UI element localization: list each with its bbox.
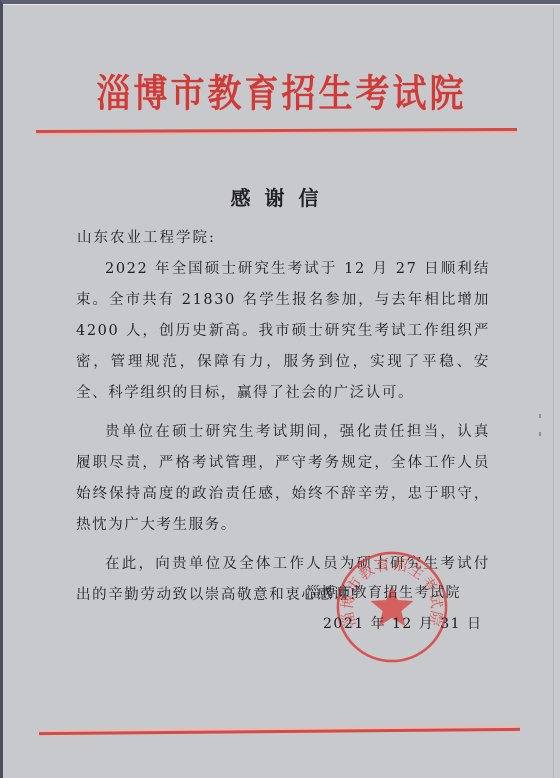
- signature-date: 2021 年 12 月 31 日: [323, 613, 483, 633]
- body-paragraph: 2022 年全国硕士研究生考试于 12 月 27 日顺利结束。全市共有 2183…: [76, 254, 490, 409]
- official-seal-icon: 淄博市教育招生考试院: [333, 548, 451, 666]
- scan-mark: [539, 414, 541, 418]
- signature-organization: 淄博市教育招生考试院: [306, 582, 461, 602]
- scan-edge: [553, 8, 554, 778]
- letterhead-rule: [36, 128, 517, 133]
- body-paragraph: 贵单位在硕士研究生考试期间，强化责任担当，认真履职尽责，严格考试管理，严守考务规…: [76, 417, 490, 541]
- scan-mark: [539, 432, 541, 436]
- document-title: 感谢信: [3, 182, 560, 211]
- footer-rule: [39, 728, 520, 735]
- letter-page: 淄博市教育招生考试院 感谢信 山东农业工程学院: 2022 年全国硕士研究生考试…: [0, 0, 560, 778]
- salutation: 山东农业工程学院:: [77, 226, 216, 247]
- letterhead-title: 淄博市教育招生考试院: [3, 63, 560, 118]
